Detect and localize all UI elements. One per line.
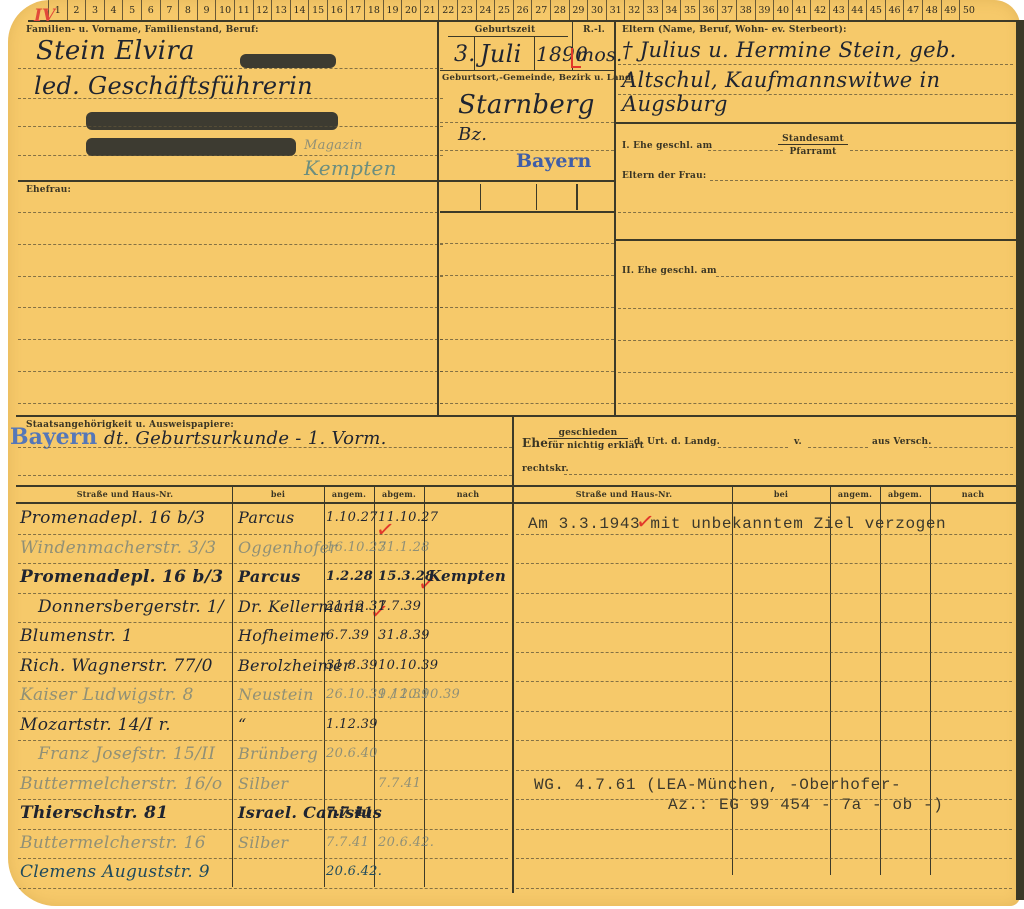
registration-card: 1234567891011121314151617181920212223242… [8, 0, 1020, 906]
divider [480, 184, 481, 210]
dotted-line [18, 339, 443, 340]
row-to: Kempten [428, 567, 506, 585]
dotted-line [440, 307, 614, 308]
divider [616, 122, 1016, 124]
section-divider [16, 415, 1016, 417]
birth-time-label: Geburtszeit [440, 25, 570, 35]
dotted-line [618, 340, 1013, 341]
ruler-number: 46 [885, 0, 904, 20]
ruler-number: 15 [308, 0, 327, 20]
row-street: Rich. Wagnerstr. 77/0 [20, 656, 213, 676]
dotted-line [516, 652, 1012, 653]
ruler-number: 33 [643, 0, 662, 20]
ruler-number: 23 [457, 0, 476, 20]
ruler-number: 9 [197, 0, 216, 20]
birth-state-stamp: Bayern [516, 150, 591, 172]
ruler-number: 47 [903, 0, 922, 20]
column-header-2: angem. [324, 489, 374, 499]
dotted-line [516, 563, 1012, 564]
parish-office-label: Pfarramt [778, 147, 848, 157]
dotted-line [564, 474, 1013, 475]
row-street: Promenadepl. 16 b/3 [20, 508, 205, 528]
dotted-line [18, 371, 443, 372]
divider [437, 20, 439, 415]
parents-line-1: † Julius u. Hermine Stein, geb. [622, 38, 957, 62]
row-deregistered: 15.3.28 [378, 569, 434, 584]
dotted-line [18, 68, 443, 69]
divider [536, 184, 537, 210]
divorce-annulled-label: für nichtig erklärt [548, 441, 628, 451]
row-deregistered: 31.8.39 [378, 628, 430, 643]
dotted-line [440, 243, 614, 244]
row-with: Parcus [238, 508, 295, 527]
ruler-number: 38 [736, 0, 755, 20]
row-deregistered: 1.12.39 [378, 687, 430, 702]
dotted-line [18, 276, 443, 277]
column-header-3: abgem. [374, 489, 424, 499]
dotted-line [516, 829, 1012, 830]
row-with: Brünberg [238, 744, 318, 763]
row-street: Clemens Auguststr. 9 [20, 862, 210, 882]
dotted-line [516, 770, 1012, 771]
dotted-line [516, 858, 1012, 859]
dotted-line [618, 64, 1013, 65]
row-street: Blumenstr. 1 [20, 626, 133, 646]
ruler-number: 30 [587, 0, 606, 20]
ruler-number: 31 [606, 0, 625, 20]
dotted-line [18, 652, 508, 653]
dotted-line [18, 534, 508, 535]
ruler-number: 26 [513, 0, 532, 20]
column-header-4: nach [930, 489, 1016, 499]
divider [534, 37, 535, 70]
divorce-divorced-label: geschieden [548, 428, 628, 439]
dotted-line [18, 711, 508, 712]
ruler-number: 45 [866, 0, 885, 20]
row-registered: 7.7.41 [326, 835, 369, 850]
ruler-number: 16 [327, 0, 346, 20]
row-registered: 6.7.39 [326, 628, 369, 643]
dotted-line [808, 447, 868, 448]
dotted-line [18, 307, 443, 308]
dotted-line [516, 534, 1012, 535]
dotted-line [18, 858, 508, 859]
dotted-line [440, 122, 614, 123]
column-divider [232, 487, 233, 887]
person-note-kempten: Kempten [304, 156, 397, 180]
ruler-number: 32 [624, 0, 643, 20]
row-with: Parcus [238, 567, 301, 586]
column-header-2: angem. [830, 489, 880, 499]
person-name: Stein Elvira [36, 36, 195, 66]
typed-moved-note: Am 3.3.1943 mit unbekanntem Ziel verzoge… [528, 515, 946, 533]
red-mark [571, 48, 581, 68]
dotted-line [618, 212, 1013, 213]
row-registered: 31.8.39 [326, 658, 378, 673]
ruler-number: 21 [420, 0, 439, 20]
person-occupation: led. Geschäftsführerin [34, 72, 313, 100]
ruler-bottom-line [28, 20, 1018, 22]
ruler-number: 42 [810, 0, 829, 20]
column-header-0: Straße und Haus-Nr. [18, 489, 232, 499]
ruler-number: 44 [848, 0, 867, 20]
dotted-line [618, 372, 1013, 373]
row-with: “ [238, 715, 246, 734]
ruler-number: 48 [922, 0, 941, 20]
ruler-number: 2 [67, 0, 86, 20]
row-registered: 1.2.28 [326, 569, 373, 584]
column-header-3: abgem. [880, 489, 930, 499]
dotted-line [516, 740, 1012, 741]
row-street: Buttermelcherstr. 16/o [20, 774, 222, 794]
parents-label: Eltern (Name, Beruf, Wohn- ev. Sterbeort… [622, 25, 847, 35]
row-with: Oggenhofer [238, 538, 337, 557]
dotted-line [516, 888, 1012, 889]
citizenship-value: dt. Geburtsurkunde - 1. Vorm. [104, 428, 387, 449]
ruler-number: 13 [271, 0, 290, 20]
dotted-line [18, 403, 443, 404]
ruler-number: 7 [160, 0, 179, 20]
ruler-number: 20 [401, 0, 420, 20]
dotted-line [440, 339, 614, 340]
row-with: Silber [238, 774, 288, 793]
row-with: Neustein [238, 685, 314, 704]
ruler-number: 41 [792, 0, 811, 20]
row-deregistered: 1.7.39 [378, 599, 421, 614]
row-deregistered: 31.1.28 [378, 540, 430, 555]
dotted-line [716, 276, 1013, 277]
card-edge [1016, 20, 1024, 900]
column-header-1: bei [232, 489, 324, 499]
dotted-line [924, 447, 1013, 448]
birth-month: Juli [480, 40, 522, 68]
dotted-line [18, 475, 512, 476]
redaction-bar [240, 54, 336, 68]
dotted-line [18, 447, 512, 448]
ruler-number: 40 [773, 0, 792, 20]
parents-line-3: Augsburg [622, 92, 728, 116]
column-header-0: Straße und Haus-Nr. [516, 489, 732, 499]
dotted-line [618, 308, 1013, 309]
wife-label: Ehefrau: [26, 185, 71, 195]
dotted-line [18, 126, 443, 127]
person-note-small: Magazin [304, 138, 363, 153]
registry-office-label: Standesamt [778, 134, 848, 145]
dotted-line [710, 180, 1013, 181]
row-street: Franz Josefstr. 15/II [38, 744, 215, 764]
row-with: Silber [238, 833, 288, 852]
divider [576, 184, 578, 210]
ruler-number: 24 [476, 0, 495, 20]
birth-district: Bz. [458, 124, 487, 145]
ruler-number: 19 [383, 0, 402, 20]
dotted-line [18, 244, 443, 245]
row-registered: 7.7.41 [326, 805, 373, 820]
redaction-bar [86, 112, 338, 130]
ruler-number: 34 [662, 0, 681, 20]
row-street: Promenadepl. 16 b/3 [20, 567, 223, 587]
dotted-line [516, 799, 1012, 800]
dotted-line [18, 799, 508, 800]
ruler-number: 43 [829, 0, 848, 20]
dotted-line [18, 740, 508, 741]
dotted-line [18, 563, 508, 564]
corner-mark: IV [34, 6, 55, 26]
ruler-number: 6 [141, 0, 160, 20]
dotted-line [18, 622, 508, 623]
divorce-court-label: d. Urt. d. Landg. [634, 437, 720, 447]
ruler-number: 10 [215, 0, 234, 20]
table-top-line [16, 485, 1016, 487]
divorce-final-label: rechtskr. [522, 464, 569, 474]
person-label: Familien- u. Vorname, Familienstand, Ber… [26, 25, 259, 35]
divider [448, 36, 568, 37]
ruler-number: 49 [941, 0, 960, 20]
row-deregistered: 20.6.42. [378, 835, 434, 850]
ruler-number: 39 [755, 0, 774, 20]
ruler-number: 35 [680, 0, 699, 20]
row-with: Hofheimer [238, 626, 327, 645]
ruler-number: 14 [290, 0, 309, 20]
dotted-line [18, 212, 443, 213]
dotted-line [18, 829, 508, 830]
dotted-line [516, 622, 1012, 623]
religion-label: R.-l. [574, 25, 614, 35]
ruler-number: 27 [531, 0, 550, 20]
ruler-number: 12 [253, 0, 272, 20]
ruler-number: 22 [438, 0, 457, 20]
birth-place-label: Geburtsort,-Gemeinde, Bezirk u. Land: [442, 73, 635, 83]
dotted-line [18, 593, 508, 594]
ruler-number: 18 [364, 0, 383, 20]
dotted-line [440, 275, 614, 276]
ruler-number: 50 [959, 0, 978, 20]
divorce-v-label: v. [794, 437, 802, 447]
dotted-line [18, 888, 508, 889]
row-street: Windenmacherstr. 3/3 [20, 538, 216, 558]
ruler-number: 17 [346, 0, 365, 20]
row-deregistered: 11.10.27 [378, 510, 438, 525]
ruler-number: 4 [104, 0, 123, 20]
ruler-number: 5 [122, 0, 141, 20]
ruler-number: 11 [234, 0, 253, 20]
dotted-line [440, 403, 614, 404]
dotted-line [618, 403, 1013, 404]
row-registered: 1.10.27 [326, 510, 378, 525]
row-deregistered: 7.7.41 [378, 776, 421, 791]
row-street: Buttermelcherstr. 16 [20, 833, 206, 853]
divider [18, 180, 444, 182]
divider [616, 239, 1016, 241]
row-registered: 20.6.40 [326, 746, 378, 761]
ruler-number: 28 [550, 0, 569, 20]
dotted-line [516, 681, 1012, 682]
dotted-line [18, 770, 508, 771]
dotted-line [440, 371, 614, 372]
divider [440, 70, 614, 71]
ruler-number: 8 [178, 0, 197, 20]
divorce-ehe-label: Ehe [522, 436, 548, 450]
row-street: Mozartstr. 14/I r. [20, 715, 171, 735]
redaction-bar [86, 138, 296, 156]
dotted-line [718, 447, 788, 448]
ruler-number: 36 [699, 0, 718, 20]
parents-line-2: Altschul, Kaufmannswitwe in [622, 68, 940, 92]
ruler-number: 37 [717, 0, 736, 20]
divorce-guilt-label: aus Versch. [872, 437, 932, 447]
birth-religion: mos. [576, 44, 622, 66]
dotted-line [850, 150, 1013, 151]
row-deregistered: 10.10.39 [378, 658, 438, 673]
dotted-line [516, 593, 1012, 594]
divider [440, 211, 614, 213]
row-registered: 20.6.42. [326, 864, 382, 879]
table-header-line [16, 502, 1016, 504]
birth-day: 3. [454, 42, 476, 67]
dotted-line [18, 98, 443, 99]
row-street: Kaiser Ludwigstr. 8 [20, 685, 194, 705]
birth-place: Starnberg [458, 90, 595, 120]
column-header-1: bei [732, 489, 830, 499]
second-marriage-label: II. Ehe geschl. am [622, 266, 717, 276]
row-street: Thierschstr. 81 [20, 803, 168, 823]
first-marriage-label: I. Ehe geschl. am [622, 141, 712, 151]
ruler-number: 29 [569, 0, 588, 20]
dotted-line [516, 711, 1012, 712]
dotted-line [18, 681, 508, 682]
ruler-number: 25 [494, 0, 513, 20]
row-street: Donnersbergerstr. 1/ [38, 597, 224, 617]
column-header-4: nach [424, 489, 512, 499]
ruler-number: 3 [85, 0, 104, 20]
wife-parents-label: Eltern der Frau: [622, 171, 706, 181]
dotted-line [708, 150, 783, 151]
typed-wg-line-1: WG. 4.7.61 (LEA-München, -Oberhofer- [534, 776, 901, 794]
column-ruler: 1234567891011121314151617181920212223242… [48, 0, 978, 20]
divider [440, 180, 614, 182]
row-registered: 1.12.39 [326, 717, 378, 732]
